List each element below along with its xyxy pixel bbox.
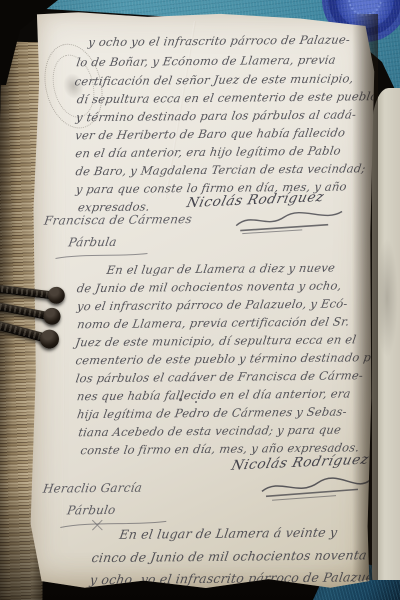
handwriting-line: En el lugar de Llamera a diez y nueve <box>106 261 336 277</box>
manuscript-page: y ocho yo el infrascrito párroco de Pala… <box>26 11 376 596</box>
handwriting-line: yo el infrascrito párroco de Palazuelo, … <box>76 296 348 313</box>
handwriting-line: cementerio de este pueblo y término dest… <box>75 350 392 367</box>
margin-name-francisca: Francisca de Cármenes <box>43 212 193 228</box>
handwriting-line: y término destinado para los párbulos al… <box>75 107 357 124</box>
ink-speck <box>179 398 182 401</box>
handwriting-line: y ocho yo el infrascrito párroco de Pala… <box>87 32 351 49</box>
handwriting-line: tiana Acebedo de esta vecindad; y para q… <box>77 423 342 440</box>
handwriting-line: nes que había fallecido en el día anteri… <box>76 386 352 403</box>
ink-bleedthrough <box>376 238 398 358</box>
handwriting-line: los párbulos el cadáver de Francisca de … <box>75 368 364 385</box>
handwriting-line: ver de Heriberto de Baro que había falle… <box>74 125 346 142</box>
margin-note-parbulo: Párbulo <box>66 503 116 518</box>
margin-name-heraclio: Heraclio García <box>42 481 143 496</box>
handwriting-line: cinco de Junio de mil ochocientos novent… <box>91 547 368 565</box>
handwriting-line: dí sepultura ecca en el cementerio de es… <box>76 89 379 106</box>
handwriting-line: Juez de este municipio, dí sepultura ecc… <box>74 332 357 349</box>
handwriting-line: hija legítima de Pedro de Cármenes y Seb… <box>76 404 348 421</box>
handwriting-line: nomo de Llamera, previa certificación de… <box>76 314 350 331</box>
signature-rubric-flourish <box>232 206 347 237</box>
ink-speck <box>195 401 197 403</box>
margin-note-parbula: Párbula <box>67 235 117 250</box>
handwriting-line: en el día anterior, era hijo legítimo de… <box>74 144 341 161</box>
margin-underline-flourish <box>53 251 149 262</box>
handwriting-line: de Junio de mil ochocientos noventa y oc… <box>76 279 343 296</box>
handwriting-line: de Baro, y Magdalena Tercian de esta vec… <box>75 161 367 178</box>
handwriting-line: certificación del señor Juez de este mun… <box>74 71 355 88</box>
handwriting-line: En el lugar de Llamera á veinte y <box>118 525 338 542</box>
handwriting-layer: y ocho yo el infrascrito párroco de Pala… <box>25 10 377 597</box>
photo-of-parish-register: y ocho yo el infrascrito párroco de Pala… <box>0 0 400 600</box>
book-gutter-shadow <box>352 14 378 580</box>
handwriting-line: lo de Boñar, y Ecónomo de Llamera, previ… <box>76 53 337 70</box>
